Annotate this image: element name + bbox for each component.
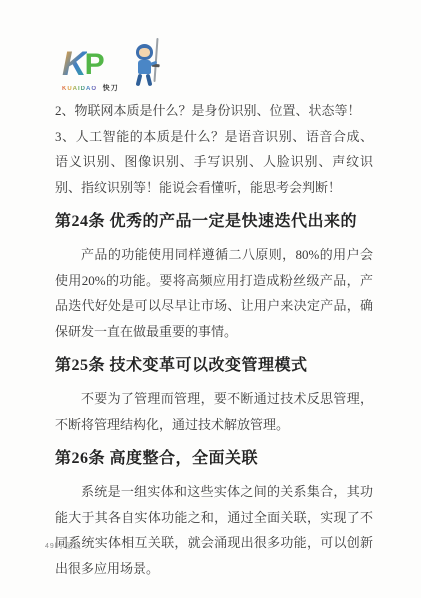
intro-item-2: 2、物联网本质是什么？是身份识别、位置、状态等！ xyxy=(55,98,373,124)
intro-item-3: 3、人工智能的本质是什么？是语音识别、语音合成、语义识别、图像识别、手写识别、人… xyxy=(55,124,373,201)
section-heading-24: 第24条 优秀的产品一定是快速迭代出来的 xyxy=(55,211,373,233)
scanned-document-page: K P KUAIDAO 快刀 2、物联网本质是什么？是身份识别、位置、状态等！ … xyxy=(0,0,421,598)
mascot-face xyxy=(139,48,150,57)
section-body-26: 系统是一组实体和这些实体之间的关系集合，其功能大于其各自实体功能之和，通过全面关… xyxy=(55,479,373,581)
document-content: 2、物联网本质是什么？是身份识别、位置、状态等！ 3、人工智能的本质是什么？是语… xyxy=(55,98,373,581)
sword-icon xyxy=(153,38,158,82)
section-body-24: 产品的功能使用同样遵循二八原则，80%的用户会使用20%的功能。要将高频应用打造… xyxy=(55,242,373,344)
section-heading-26: 第26条 高度整合，全面关联 xyxy=(55,448,373,470)
mascot-icon xyxy=(134,38,164,90)
logo-subtext-latin: KUAIDAO xyxy=(62,86,97,92)
section-heading-25: 第25条 技术变革可以改变管理模式 xyxy=(55,355,373,377)
mascot-leg xyxy=(146,74,153,87)
page-footer: 49ǀ字蓝版 xyxy=(45,541,82,551)
logo-letter-p: P xyxy=(85,48,105,82)
intro-list: 2、物联网本质是什么？是身份识别、位置、状态等！ 3、人工智能的本质是什么？是语… xyxy=(55,98,373,200)
brand-logo: K P KUAIDAO 快刀 xyxy=(62,40,152,98)
section-body-25: 不要为了管理而管理，要不断通过技术反思管理，不断将管理结构化，通过技术解放管理。 xyxy=(55,386,373,437)
logo-letter-k: K xyxy=(62,46,87,82)
mascot-leg xyxy=(136,74,143,87)
logo-subtext-cn: 快刀 xyxy=(103,85,119,92)
